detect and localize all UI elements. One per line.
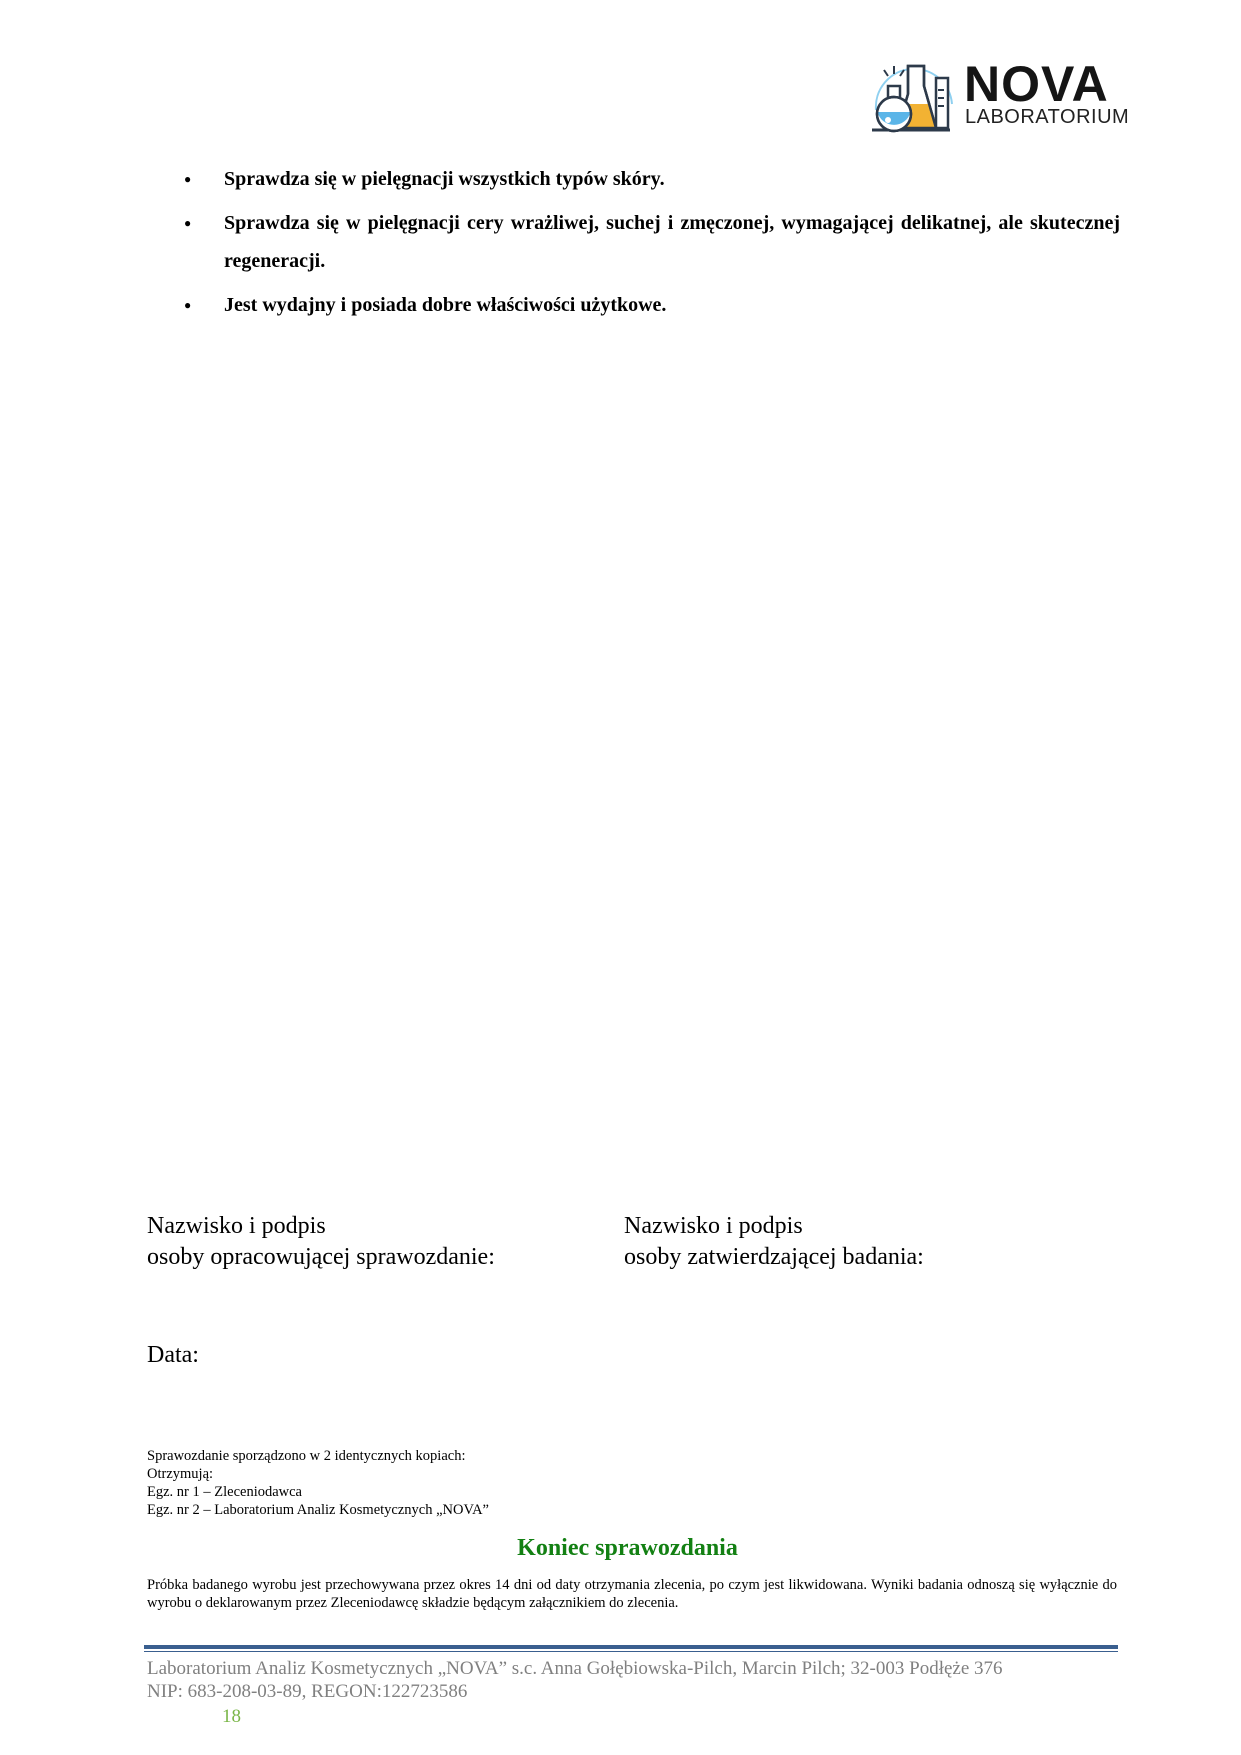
page-number: 18 xyxy=(222,1706,241,1728)
signature-preparer: Nazwisko i podpis osoby opracowującej sp… xyxy=(147,1211,495,1273)
footer-address: Laboratorium Analiz Kosmetycznych „NOVA”… xyxy=(147,1657,1003,1680)
list-item: Sprawdza się w pielęgnacji wszystkich ty… xyxy=(180,160,1120,198)
footer-company-info: Laboratorium Analiz Kosmetycznych „NOVA”… xyxy=(147,1657,1003,1703)
list-item: Sprawdza się w pielęgnacji cery wrażliwe… xyxy=(180,204,1120,280)
nova-logo: NOVA LABORATORIUM xyxy=(868,58,1118,138)
end-of-report-title: Koniec sprawozdania xyxy=(0,1535,1241,1562)
date-label: Data: xyxy=(147,1342,199,1369)
list-item: Jest wydajny i posiada dobre właściwości… xyxy=(180,286,1120,324)
logo-subtitle: LABORATORIUM xyxy=(965,106,1129,129)
retention-note: Próbka badanego wyrobu jest przechowywan… xyxy=(147,1576,1117,1612)
signature-role: osoby opracowującej sprawozdanie: xyxy=(147,1242,495,1273)
signature-label: Nazwisko i podpis xyxy=(147,1211,495,1242)
copies-line: Otrzymują: xyxy=(147,1465,489,1483)
footer-divider xyxy=(144,1645,1118,1652)
signature-role: osoby zatwierdzającej badania: xyxy=(624,1242,924,1273)
product-features-list: Sprawdza się w pielęgnacji wszystkich ty… xyxy=(180,160,1120,330)
copies-info: Sprawozdanie sporządzono w 2 identycznyc… xyxy=(147,1447,489,1519)
footer-tax-ids: NIP: 683-208-03-89, REGON:122723586 xyxy=(147,1680,1003,1703)
signature-label: Nazwisko i podpis xyxy=(624,1211,924,1242)
copies-line: Egz. nr 2 – Laboratorium Analiz Kosmetyc… xyxy=(147,1501,489,1519)
logo-name: NOVA xyxy=(964,58,1109,110)
copies-line: Egz. nr 1 – Zleceniodawca xyxy=(147,1483,489,1501)
signature-approver: Nazwisko i podpis osoby zatwierdzającej … xyxy=(624,1211,924,1273)
copies-line: Sprawozdanie sporządzono w 2 identycznyc… xyxy=(147,1447,489,1465)
lab-flasks-icon xyxy=(868,58,960,138)
